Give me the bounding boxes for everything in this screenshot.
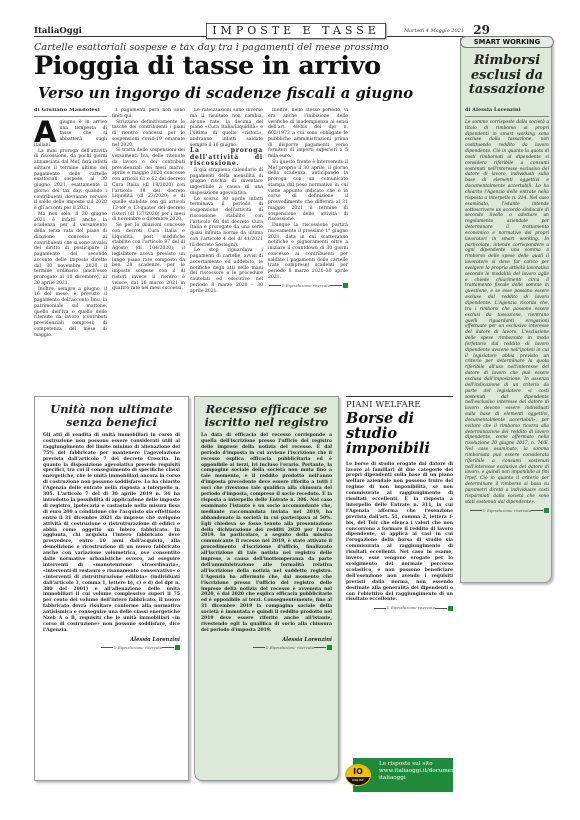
box-body: Gli atti di vendita di unità immobiliari… xyxy=(43,433,180,634)
article-column-1: di Giuliano Mandolesi Agiugno è in arriv… xyxy=(34,108,107,393)
sidebar-title: Rimborsi esclusi da tassazione xyxy=(461,54,553,98)
paragraph: Inoltre, sempre a giugno, il 16 del mese… xyxy=(34,287,107,339)
reproduction-notice: © Riproduzione riservata xyxy=(465,508,549,514)
drop-cap: A xyxy=(34,121,56,143)
box-title: Borse di studio imponibili xyxy=(346,411,453,457)
paragraph: Le rateizzazioni sono diverse ma il risu… xyxy=(190,108,263,148)
box-kicker: PIANI WELFARE xyxy=(346,399,453,409)
author-signature: Alessia Lorenzini xyxy=(43,637,180,643)
article-column-4: Inoltre, nello stesso periodo, vi era an… xyxy=(268,108,348,393)
online-promo-box[interactable]: IO ONLINE Le risposte sul sito www.itali… xyxy=(353,758,453,792)
box-title: Recesso efficace se iscritto nel registr… xyxy=(201,403,332,428)
paragraph: Dunque la riscossione partirà nuovamente… xyxy=(268,223,348,281)
sidebar-tag: SMART WORKING xyxy=(460,36,554,48)
sidebar-text: Le somme corrisposte dalla società a tit… xyxy=(465,120,549,506)
paragraph: Lo stop riguardava i pagamenti di cartel… xyxy=(190,248,263,294)
page-header: ItaliaOggi IMPOSTE E TASSE Martedì 4 Mag… xyxy=(34,26,490,40)
newspaper-logo: ItaliaOggi xyxy=(34,26,82,36)
page-number: 29 xyxy=(473,23,490,37)
reproduction-notice: © Riproduzione riservata xyxy=(346,605,453,611)
sidebar-smart-working: SMART WORKING Rimborsi esclusi da tassaz… xyxy=(460,38,552,583)
box-piani-welfare: PIANI WELFARE Borse di studio imponibili… xyxy=(346,396,453,611)
top-rule xyxy=(346,396,453,397)
paragraph: Strizzano definitivamente le tasche dei … xyxy=(112,120,185,149)
paragraph: Lo scorso 30 aprile infatti terminava il… xyxy=(190,197,263,249)
article-column-2: I pagamenti però non sono finiti qui. St… xyxy=(112,108,185,393)
green-square-icon xyxy=(175,645,180,650)
paragraph: Ma non solo. Il 30 giugno 2021 è infatti… xyxy=(34,212,107,287)
sidebar-byline: di Alessia Lorenzini xyxy=(465,108,549,117)
article-headline: Pioggia di tasse in arrivo xyxy=(34,51,381,81)
box-body: Le borse di studio erogate dal datore di… xyxy=(346,462,453,604)
paragraph: Se per le dilazioni concesse con decreti… xyxy=(112,223,185,292)
promo-link-text[interactable]: Le risposte sul sito www.italiaoggi.it/d… xyxy=(379,761,461,781)
article-subheadline: Verso un ingorgo di scadenze fiscali a g… xyxy=(38,85,413,102)
author-signature: Alessia Lorenzini xyxy=(201,637,332,643)
paragraph: Inoltre, nello stesso periodo, vi era an… xyxy=(268,108,348,160)
section-title: IMPOSTE E TASSE xyxy=(206,23,386,39)
paragraph: Si tratta delle sospensioni dei versamen… xyxy=(112,148,185,223)
paragraph: I pagamenti però non sono finiti qui. xyxy=(112,108,185,120)
box-title: Unità non ultimate senza benefici xyxy=(43,403,180,428)
paragraph: Su questo fronte è intervenuto il Mef pr… xyxy=(268,160,348,223)
reproduction-notice: © Riproduzione riservata xyxy=(268,283,348,289)
box-unita-non-ultimate: Unità non ultimate senza benefici Gli at… xyxy=(34,396,189,781)
green-square-icon xyxy=(343,283,348,288)
reproduction-notice: © Riproduzione riservata xyxy=(43,645,180,651)
article-subtitle: La proroga dell'attività di riscossione. xyxy=(190,148,263,168)
sidebar-body: di Alessia Lorenzini Le somme corrispost… xyxy=(465,108,549,513)
box-body: La data di efficacia del recesso corrisp… xyxy=(201,433,332,634)
green-square-icon xyxy=(327,645,332,650)
paragraph: Il già strapieno calendario di pagamenti… xyxy=(190,168,263,197)
issue-date: Martedì 4 Maggio 2021 xyxy=(404,28,464,34)
paragraph: La mini proroga dell'attività di riscoss… xyxy=(34,149,107,212)
box-recesso-efficace: Recesso efficace se iscritto nel registr… xyxy=(194,396,339,781)
article-column-3: Le rateizzazioni sono diverse ma il risu… xyxy=(190,108,263,393)
reproduction-notice: © Riproduzione riservata xyxy=(201,645,332,651)
io-online-badge-icon: IO ONLINE xyxy=(345,764,371,786)
green-square-icon xyxy=(544,508,549,513)
green-square-icon xyxy=(448,606,453,611)
